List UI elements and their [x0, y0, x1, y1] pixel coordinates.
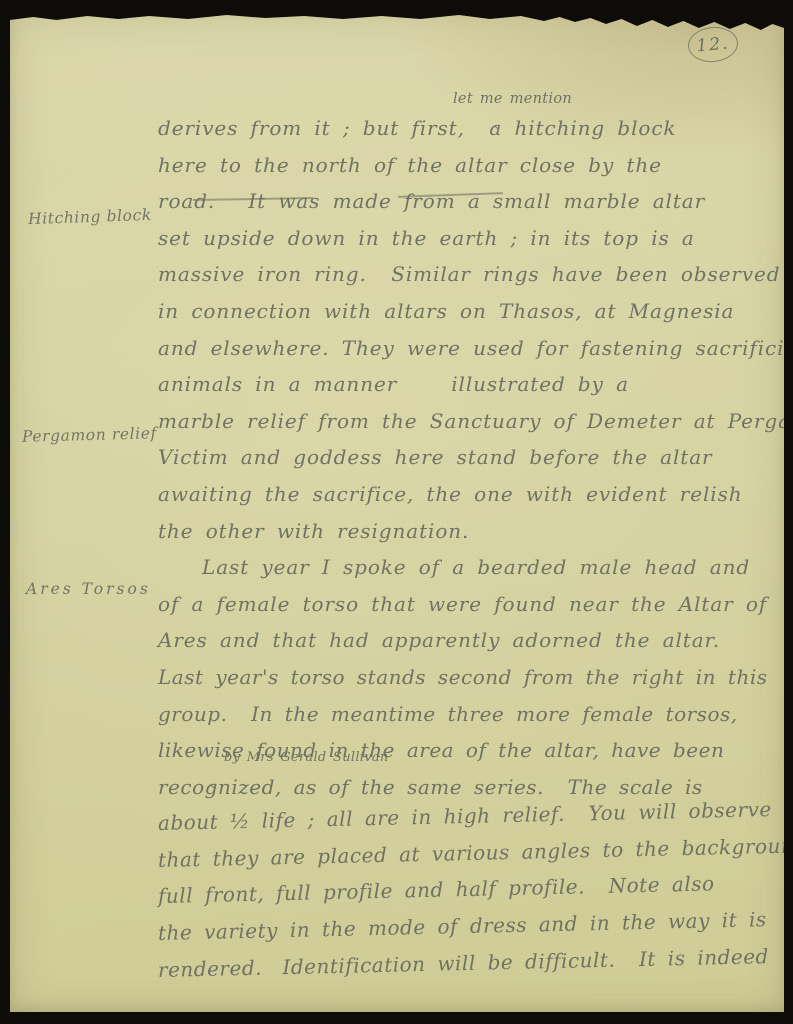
scan-background: 12. Hitching blockPergamon reliefAres To… [0, 0, 793, 1024]
handwriting-line-text: derives from it ; but first, a hitching … [158, 116, 676, 140]
handwriting-line: and elsewhere. They were used for fasten… [158, 330, 783, 367]
handwriting-line-text: and elsewhere. They were used for fasten… [158, 336, 793, 360]
handwriting-line-text: here to the north of the altar close by … [158, 153, 662, 177]
handwriting-line: massive iron ring. Similar rings have be… [158, 256, 783, 293]
handwriting-line-text: set upside down in the earth ; in its to… [158, 226, 695, 250]
handwriting-line-text: Victim and goddess here stand before the… [158, 445, 713, 469]
handwriting-line: group. In the meantime three more female… [158, 696, 783, 733]
margin-note: Ares Torsos [26, 580, 151, 598]
handwriting-line: marble relief from the Sanctuary of Deme… [158, 403, 783, 440]
handwriting-line: road. It was made from a small marble al… [158, 183, 783, 220]
handwriting-line-text: Last year's torso stands second from the… [158, 665, 768, 689]
handwriting-line-text: group. In the meantime three more female… [158, 702, 738, 726]
handwriting-line-text: awaiting the sacrifice, the one with evi… [158, 482, 743, 506]
handwriting-line: awaiting the sacrifice, the one with evi… [158, 476, 783, 513]
manuscript-page: 12. Hitching blockPergamon reliefAres To… [10, 13, 784, 1012]
handwriting-line-text: animals in a manner illustrated by a [158, 372, 629, 396]
inserted-annotation: by Mrs Gerald Sullivan [224, 749, 389, 767]
handwriting-line: Last year I spoke of a bearded male head… [158, 549, 783, 586]
handwriting-line-text: full front, full profile and half profil… [158, 872, 715, 909]
handwriting-line: Last year's torso stands second from the… [158, 659, 783, 696]
margin-note: Hitching block [28, 206, 152, 228]
handwriting-line: the other with resignation. [158, 513, 783, 550]
handwriting-line: here to the north of the altar close by … [158, 147, 783, 184]
handwriting-line-text: rendered. Identification will be difficu… [158, 944, 769, 982]
handwriting-line-text: Ares and that had apparently adorned the… [158, 628, 720, 652]
handwriting-line-text: massive iron ring. Similar rings have be… [158, 262, 780, 286]
handwriting-line-text: of a female torso that were found near t… [158, 592, 767, 616]
handwriting-line-text: in connection with altars on Thasos, at … [158, 299, 734, 323]
caret-mark: ^ [489, 125, 501, 138]
caret-mark: ^ [205, 784, 216, 797]
handwriting-line: animals in a manner illustrated by a [158, 366, 783, 403]
handwriting-line: Victim and goddess here stand before the… [158, 439, 783, 476]
handwriting-line-text: marble relief from the Sanctuary of Deme… [158, 409, 793, 433]
handwriting-line-text: the other with resignation. [158, 519, 469, 543]
handwriting-line: Ares and that had apparently adorned the… [158, 622, 783, 659]
handwriting-line: set upside down in the earth ; in its to… [158, 220, 783, 257]
handwriting-line: derives from it ; but first, a hitching … [158, 110, 783, 147]
handwriting-line: in connection with altars on Thasos, at … [158, 293, 783, 330]
handwriting-line: of a female torso that were found near t… [158, 586, 783, 623]
handwriting-line-text: Last year I spoke of a bearded male head… [158, 555, 750, 579]
handwriting-block: derives from it ; but first, a hitching … [158, 110, 783, 988]
handwriting-line-text: road. It was made from a small marble al… [158, 189, 705, 213]
inserted-annotation: let me mention [453, 90, 572, 108]
margin-note: Pergamon relief [22, 424, 157, 446]
